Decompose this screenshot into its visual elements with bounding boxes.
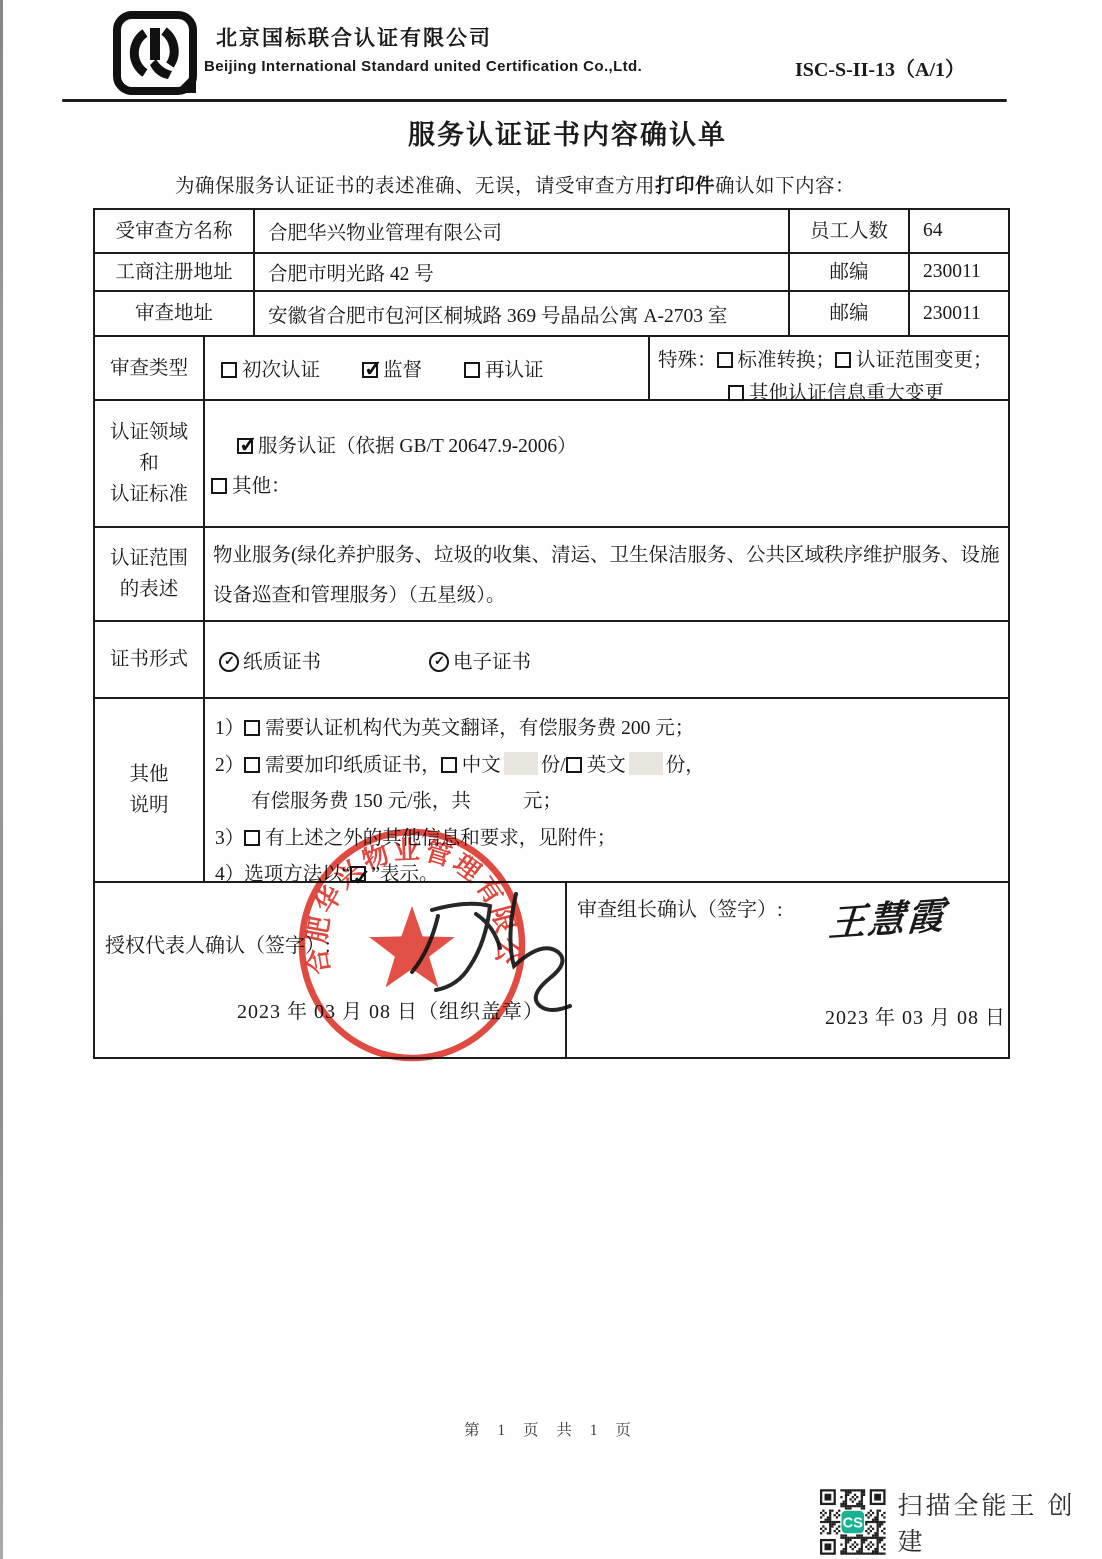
table-row-cert-field: 认证领域和认证标准 服务认证（依据 GB/T 20647.9-2006） 其他： [95, 399, 1008, 526]
intro-paragraph: 为确保服务认证证书的表述准确、无误，请受审查方用打印件确认如下内容： [175, 170, 855, 198]
page-number-footer: 第 1 页 共 1 页 [0, 1418, 1102, 1440]
circle-check-icon [429, 652, 449, 672]
postcode-label: 邮编 [790, 254, 910, 290]
handwritten-signature-left [412, 894, 570, 1010]
checkbox-unchecked-icon [244, 720, 260, 736]
document-number: ISC-S-II-13（A/1） [795, 53, 965, 82]
note-item-2: 2）需要加印纸质证书，中文份/英文份， [215, 748, 1002, 785]
registered-address-value: 合肥市明光路 42 号 [255, 254, 790, 290]
option-recert: 再认证 [464, 354, 544, 382]
special-options: 特殊：标准转换；认证范围变更； 其他认证信息重大变更 [650, 337, 1008, 399]
checkbox-checked-icon [237, 438, 253, 454]
checkbox-unchecked-icon [244, 757, 260, 773]
note-item-1: 1）需要认证机构代为英文翻译，有偿服务费 200 元； [215, 711, 1002, 748]
row-label: 审查地址 [95, 292, 255, 335]
checkbox-unchecked-icon [221, 362, 237, 378]
qr-center-label: CS [843, 1516, 864, 1532]
cert-field-options: 服务认证（依据 GB/T 20647.9-2006） 其他： [205, 401, 1008, 526]
checkbox-unchecked-icon [211, 478, 227, 494]
checkbox-unchecked-icon [728, 385, 744, 401]
header-divider [62, 99, 1007, 102]
org-name-en: Beijing International Standard united Ce… [204, 58, 642, 75]
blank-fill-area [629, 752, 663, 775]
checkbox-unchecked-icon [244, 830, 260, 846]
table-row-registered-address: 工商注册地址 合肥市明光路 42 号 邮编 230011 [95, 252, 1008, 290]
row-label: 认证领域和认证标准 [95, 401, 205, 526]
table-row-cert-scope: 认证范围的表述 物业服务(绿化养护服务、垃圾的收集、清运、卫生保洁服务、公共区域… [95, 526, 1008, 620]
audit-leader-date: 2023 年 03 月 08 日 [825, 1001, 1006, 1030]
checkbox-unchecked-icon [441, 757, 457, 773]
option-initial-cert: 初次认证 [221, 354, 320, 382]
checkbox-checked-icon [362, 362, 378, 378]
option-paper-cert: 纸质证书 [219, 646, 321, 674]
special-line-1: 特殊：标准转换；认证范围变更； [658, 344, 1002, 377]
table-row-auditee-name: 受审查方名称 合肥华兴物业管理有限公司 员工人数 64 [95, 210, 1008, 252]
row-label: 其他说明 [95, 699, 205, 881]
checkbox-unchecked-icon [835, 352, 851, 368]
note-item-2b: 有偿服务费 150 元/张，共元； [215, 784, 1002, 821]
org-name-cn: 北京国标联合认证有限公司 [216, 22, 492, 52]
scanned-document-page: 北京国标联合认证有限公司 Beijing International Stand… [0, 0, 1102, 1559]
employee-count-value: 64 [910, 210, 1008, 252]
certification-body-logo-icon [112, 11, 202, 99]
blank-fill-area [504, 752, 538, 775]
checkbox-unchecked-icon [717, 352, 733, 368]
employee-count-label: 员工人数 [790, 210, 910, 252]
checkbox-unchecked-icon [464, 362, 480, 378]
option-service-cert: 服务认证（依据 GB/T 20647.9-2006） [211, 430, 1008, 458]
row-label: 审查类型 [95, 337, 205, 399]
qr-code: CS [820, 1489, 886, 1555]
seal-star-icon [369, 906, 455, 987]
company-seal-stamp: 合肥华兴物业管理有限公司 [280, 820, 620, 1070]
postcode-label: 邮编 [790, 292, 910, 335]
option-surveillance: 监督 [362, 354, 422, 382]
row-label: 受审查方名称 [95, 210, 255, 252]
postcode-value: 230011 [910, 254, 1008, 290]
table-row-audit-address: 审查地址 安徽省合肥市包河区桐城路 369 号晶品公寓 A-2703 室 邮编 … [95, 290, 1008, 335]
intro-bold-term: 打印件 [655, 175, 715, 197]
audit-type-options: 初次认证 监督 再认证 [205, 337, 650, 399]
table-row-audit-type: 审查类型 初次认证 监督 再认证 特殊：标准转换；认证范围变更； 其他认证信息重… [95, 335, 1008, 399]
form-title: 服务认证证书内容确认单 [95, 113, 1040, 152]
circle-check-icon [219, 652, 239, 672]
table-row-cert-form: 证书形式 纸质证书 电子证书 [95, 620, 1008, 697]
audit-leader-cell: 审查组长确认（签字）: 王慧霞 2023 年 03 月 08 日 [567, 883, 1008, 1057]
option-electronic-cert: 电子证书 [429, 646, 531, 674]
row-label: 证书形式 [95, 622, 205, 697]
cert-form-options: 纸质证书 电子证书 [205, 622, 1008, 697]
audit-leader-signature: 王慧霞 [827, 885, 948, 948]
audit-address-value: 安徽省合肥市包河区桐城路 369 号晶品公寓 A-2703 室 [255, 292, 790, 335]
postcode-value: 230011 [910, 292, 1008, 335]
row-label: 认证范围的表述 [95, 528, 205, 620]
scanner-watermark: CS 扫描全能王 创建 [820, 1486, 1102, 1558]
checkbox-unchecked-icon [566, 757, 582, 773]
cert-scope-text: 物业服务(绿化养护服务、垃圾的收集、清运、卫生保洁服务、公共区域秩序维护服务、设… [205, 528, 1008, 616]
scanner-note: 扫描全能王 创建 [898, 1486, 1102, 1558]
row-label: 工商注册地址 [95, 254, 255, 290]
option-other-standard: 其他： [211, 470, 1008, 498]
scan-edge-artifact [0, 0, 3, 1559]
auditee-name-value: 合肥华兴物业管理有限公司 [255, 210, 790, 252]
cert-scope-text-cell: 物业服务(绿化养护服务、垃圾的收集、清运、卫生保洁服务、公共区域秩序维护服务、设… [205, 528, 1008, 620]
